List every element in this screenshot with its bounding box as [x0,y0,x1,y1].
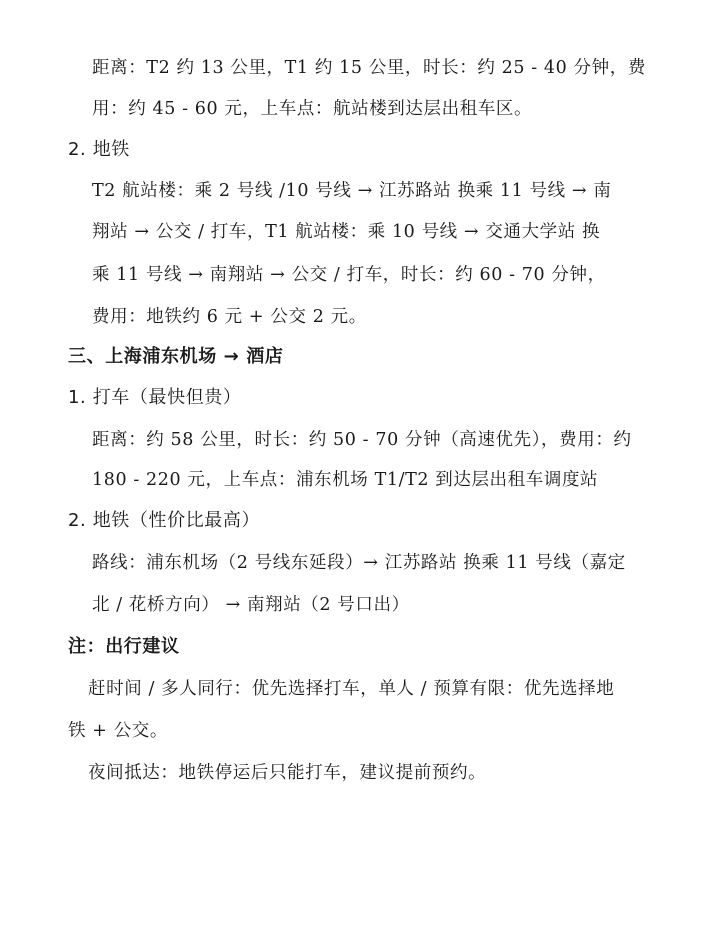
pudong-metro-line-1: 路线：浦东机场（2 号线东延段）→ 江苏路站 换乘 11 号线（嘉定 [92,551,626,575]
metro-details-line-1: T2 航站楼：乘 2 号线 /10 号线 → 江苏路站 换乘 11 号线 → 南 [92,179,611,203]
subheading-taxi: 1. 打车（最快但贵） [68,386,242,410]
pudong-taxi-line-2: 180 - 220 元，上车点：浦东机场 T1/T2 到达层出租车调度站 [92,468,598,492]
note-advice-line-1: 赶时间 / 多人同行：优先选择打车，单人 / 预算有限：优先选择地 [88,677,614,701]
metro-details-line-2: 翔站 → 公交 / 打车，T1 航站楼：乘 10 号线 → 交通大学站 换 [92,220,600,244]
note-advice-line-2: 铁 + 公交。 [68,719,168,743]
metro-details-line-3: 乘 11 号线 → 南翔站 → 公交 / 打车，时长：约 60 - 70 分钟， [92,263,606,287]
subheading-metro: 2. 地铁 [68,138,130,162]
note-night-arrival: 夜间抵达：地铁停运后只能打车，建议提前预约。 [88,761,486,785]
taxi-details-line-2: 用：约 45 - 60 元，上车点：航站楼到达层出租车区。 [92,97,532,121]
taxi-details-line-1: 距离：T2 约 13 公里，T1 约 15 公里，时长：约 25 - 40 分钟… [92,56,646,80]
pudong-metro-line-2: 北 / 花桥方向） → 南翔站（2 号口出） [92,593,410,617]
subheading-pudong-metro: 2. 地铁（性价比最高） [68,509,260,533]
section-title-pudong: 三、上海浦东机场 → 酒店 [68,345,283,369]
note-title: 注：出行建议 [68,635,180,659]
pudong-taxi-line-1: 距离：约 58 公里，时长：约 50 - 70 分钟（高速优先），费用：约 [92,428,632,452]
metro-details-line-4: 费用：地铁约 6 元 + 公交 2 元。 [92,305,367,329]
